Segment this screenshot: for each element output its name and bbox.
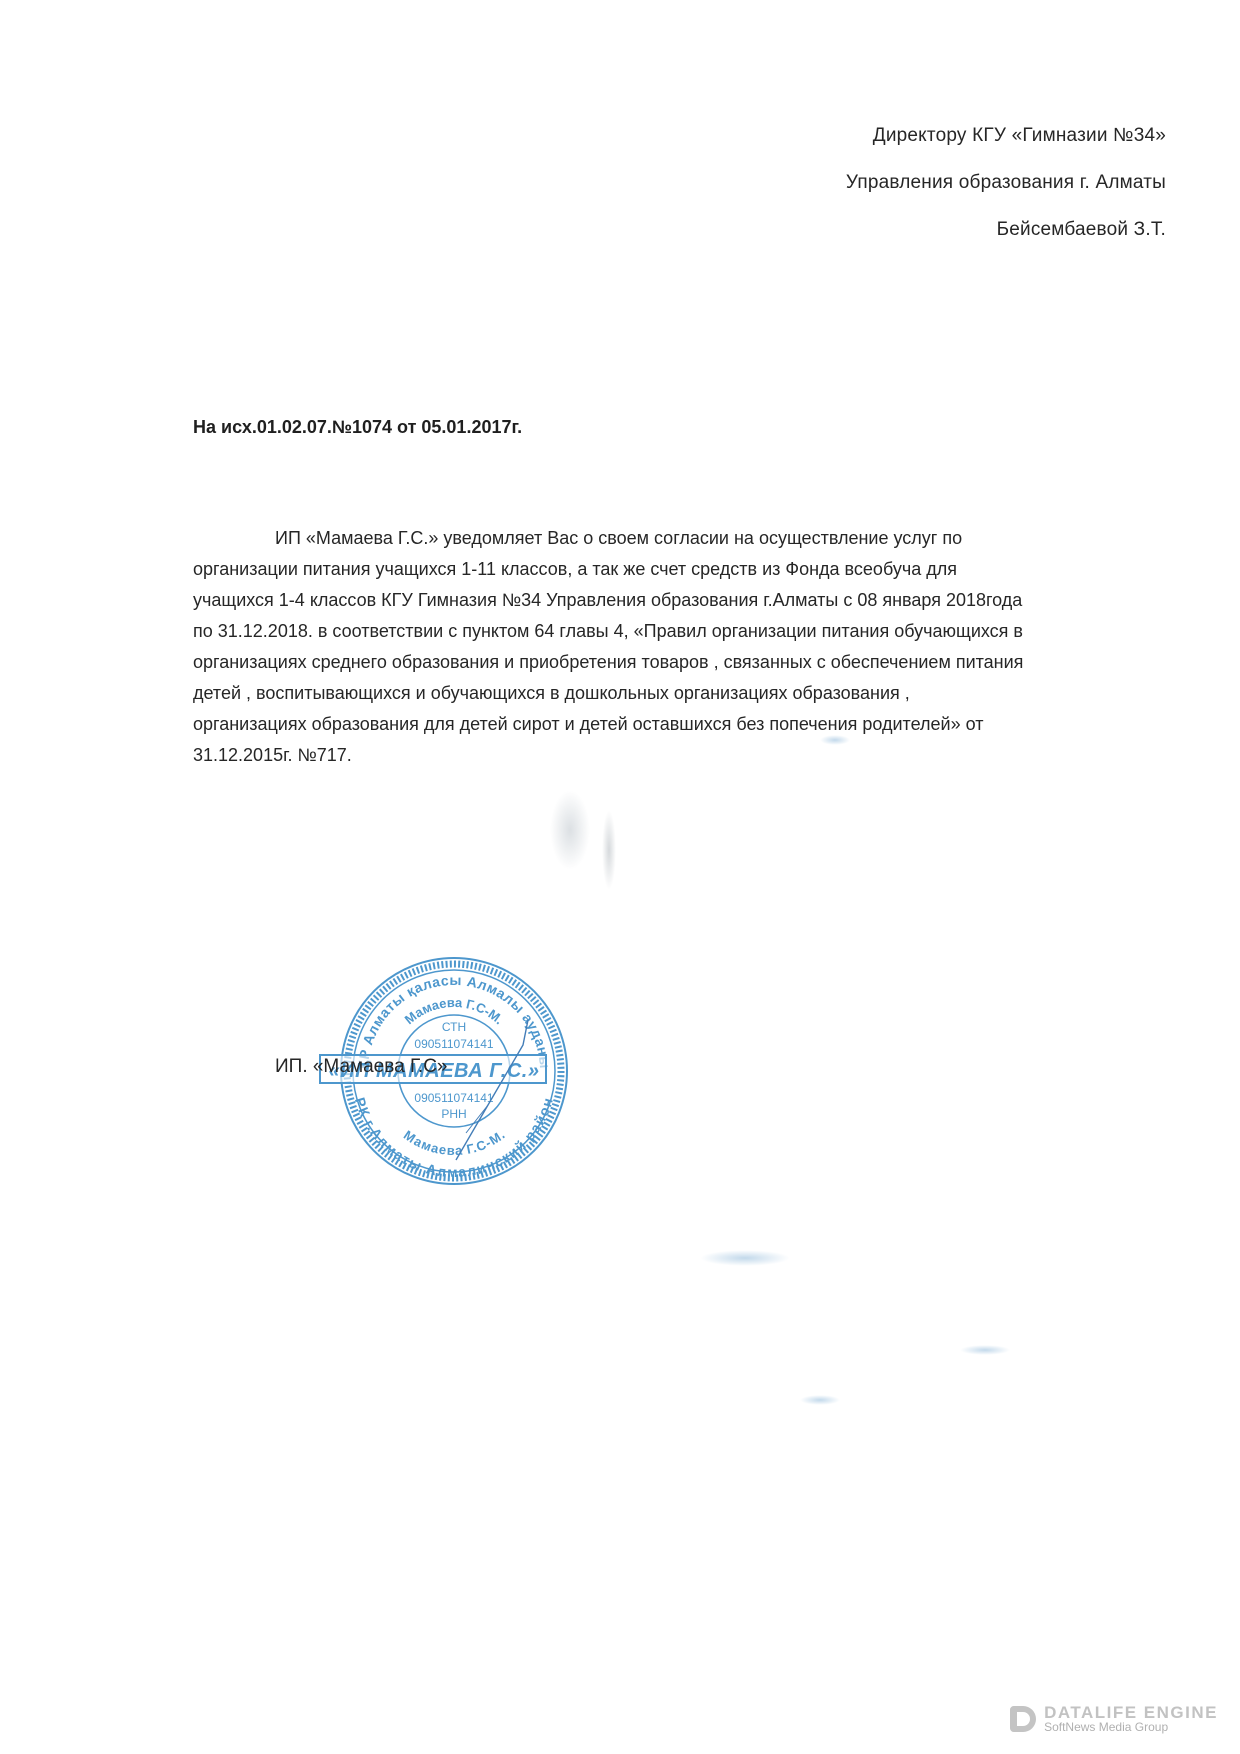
- datalife-logo-icon: [1010, 1706, 1036, 1732]
- addressee-line-director: Директору КГУ «Гимназии №34»: [846, 112, 1166, 159]
- watermark: DATALIFE ENGINE SoftNews Media Group: [1010, 1704, 1218, 1734]
- watermark-title: DATALIFE ENGINE: [1044, 1704, 1218, 1722]
- body-line: детей , воспитывающихся и обучающихся в …: [193, 678, 1173, 709]
- svg-text:РНН: РНН: [441, 1107, 466, 1121]
- body-line: ИП «Мамаева Г.С.» уведомляет Вас о своем…: [193, 523, 1173, 554]
- body-line: по 31.12.2018. в соответствии с пунктом …: [193, 616, 1173, 647]
- signature-label: ИП. «Мамаева Г.С»: [275, 1056, 448, 1078]
- scan-speck: [820, 735, 850, 745]
- body-line: организациях образования для детей сирот…: [193, 709, 1173, 740]
- body-line: учащихся 1-4 классов КГУ Гимназия №34 Уп…: [193, 585, 1173, 616]
- addressee-line-name: Бейсембаевой З.Т.: [846, 206, 1166, 253]
- scan-speck: [700, 1250, 790, 1266]
- scan-speck: [800, 1395, 840, 1405]
- letter-body: ИП «Мамаева Г.С.» уведомляет Вас о своем…: [193, 523, 1173, 771]
- addressee-block: Директору КГУ «Гимназии №34» Управления …: [846, 112, 1166, 253]
- scan-smudge: [540, 780, 660, 890]
- svg-text:СТН: СТН: [442, 1020, 466, 1034]
- body-line: организации питания учащихся 1-11 классо…: [193, 554, 1173, 585]
- addressee-line-department: Управления образования г. Алматы: [846, 159, 1166, 206]
- body-line: организациях среднего образования и прио…: [193, 647, 1173, 678]
- watermark-subtitle: SoftNews Media Group: [1044, 1721, 1218, 1734]
- outgoing-reference: На исх.01.02.07.№1074 от 05.01.2017г.: [193, 417, 522, 438]
- svg-text:090511074141: 090511074141: [414, 1037, 494, 1051]
- scan-speck: [960, 1345, 1010, 1355]
- document-page: Директору КГУ «Гимназии №34» Управления …: [0, 0, 1240, 1754]
- svg-text:Мамаева Г.С-М.: Мамаева Г.С-М.: [401, 1127, 507, 1158]
- body-line: 31.12.2015г. №717.: [193, 740, 1173, 771]
- svg-text:090511074141: 090511074141: [414, 1091, 494, 1105]
